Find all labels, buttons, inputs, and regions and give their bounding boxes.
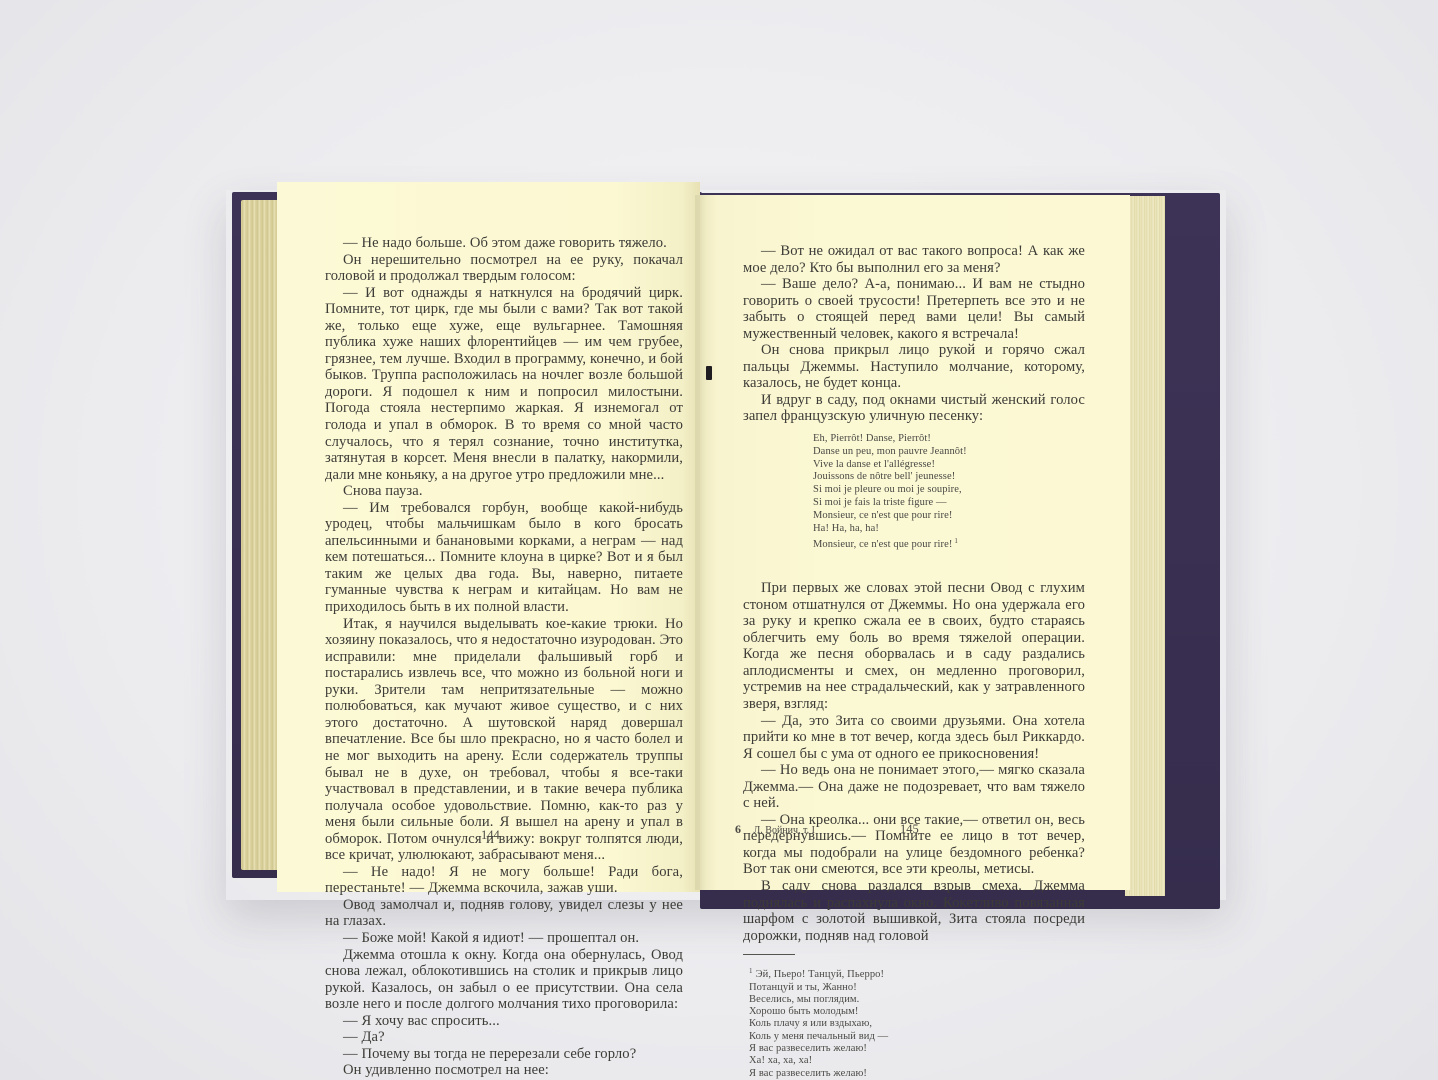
right-page-text: — Вот не ожидал от вас такого вопроса! А… xyxy=(743,243,1085,1080)
verse-line: Ha! Ha, ha, ha! xyxy=(813,523,1085,536)
paragraph: Снова пауза. xyxy=(325,483,683,500)
paragraph: — Боже мой! Какой я идиот! — прошептал о… xyxy=(325,930,683,947)
verse-line: Monsieur, ce n'est que pour rire! xyxy=(813,510,1085,523)
paragraph: — Не надо больше. Об этом даже говорить … xyxy=(325,235,683,252)
verse-line: Vive la danse et l'allégresse! xyxy=(813,459,1085,472)
verse-line: Веселись, мы поглядим. xyxy=(749,994,1085,1006)
footnote-translation: 1Эй, Пьеро! Танцуй, Пьерро!Потанцуй и ты… xyxy=(749,965,1085,1080)
paragraph: — Да, это Зита со своими друзьями. Она х… xyxy=(743,713,1085,763)
spine-shadow xyxy=(695,195,707,890)
verse-line: Danse un peu, mon pauvre Jeannôt! xyxy=(813,446,1085,459)
song-verse: Eh, Pierrôt! Danse, Pierrôt!Danse un peu… xyxy=(813,433,1085,552)
page-edges-right xyxy=(1125,196,1165,896)
verse-line: Хорошо быть молодым! xyxy=(749,1006,1085,1018)
verse-line: Jouissons de nôtre bell' jeunesse! xyxy=(813,471,1085,484)
printer-signature: 6 Л. Войнич, т. I xyxy=(735,822,815,837)
paragraph: — Я хочу вас спросить... xyxy=(325,1013,683,1030)
verse-line: Eh, Pierrôt! Danse, Pierrôt! xyxy=(813,433,1085,446)
left-page: — Не надо больше. Об этом даже говорить … xyxy=(277,182,700,892)
page-edges-left xyxy=(241,200,281,870)
paragraph: — Почему вы тогда не перерезали себе гор… xyxy=(325,1046,683,1063)
paragraph: — Но ведь она не понимает этого,— мягко … xyxy=(743,762,1085,812)
paragraph: — Да? xyxy=(325,1029,683,1046)
paragraph: — И вот однажды я наткнулся на бродячий … xyxy=(325,285,683,484)
verse-line: Потанцуй и ты, Жанно! xyxy=(749,982,1085,994)
verse-line: Ха! ха, ха, ха! xyxy=(749,1055,1085,1067)
left-page-text: — Не надо больше. Об этом даже говорить … xyxy=(325,235,683,1079)
footnote-marker: 1 xyxy=(952,537,957,545)
right-page: — Вот не ожидал от вас такого вопроса! А… xyxy=(700,195,1130,890)
footnote-rule xyxy=(743,954,795,955)
verse-line: Коль у меня печальный вид — xyxy=(749,1031,1085,1043)
text-before-song: — Вот не ожидал от вас такого вопроса! А… xyxy=(743,243,1085,425)
verse-line: 1Эй, Пьеро! Танцуй, Пьерро! xyxy=(749,965,1085,981)
text-after-song: При первых же словах этой песни Овод с г… xyxy=(743,580,1085,944)
verse-line: Si moi je pleure ou moi je soupire, xyxy=(813,484,1085,497)
verse-line: Коль плачу я или вздыхаю, xyxy=(749,1018,1085,1030)
paragraph: Овод замолчал и, подняв голову, увидел с… xyxy=(325,897,683,930)
paragraph: — Им требовался горбун, вообще какой-ниб… xyxy=(325,500,683,616)
page-number-left: 144 xyxy=(481,828,500,843)
paragraph: В саду снова раздался взрыв смеха. Джемм… xyxy=(743,878,1085,944)
paragraph: Он нерешительно посмотрел на ее руку, по… xyxy=(325,252,683,285)
signature-text: Л. Войнич, т. I xyxy=(754,825,815,836)
footnote-marker: 1 xyxy=(749,967,753,975)
verse-line: Monsieur, ce n'est que pour rire! 1 xyxy=(813,535,1085,552)
paragraph: — Не надо! Я не могу больше! Ради бога, … xyxy=(325,864,683,897)
paragraph: Он удивленно посмотрел на нее: xyxy=(325,1062,683,1079)
verse-line: Si moi je fais la triste figure — xyxy=(813,497,1085,510)
paragraph: Итак, я научился выделывать кое-какие тр… xyxy=(325,616,683,864)
verse-line: Я вас развеселить желаю! xyxy=(749,1043,1085,1055)
paragraph: — Вот не ожидал от вас такого вопроса! А… xyxy=(743,243,1085,276)
page-number-right: 145 xyxy=(900,822,919,837)
bookmark-mark xyxy=(706,366,712,380)
signature-mark: 6 xyxy=(735,822,741,836)
paragraph: При первых же словах этой песни Овод с г… xyxy=(743,580,1085,712)
paragraph: Джемма отошла к окну. Когда она обернула… xyxy=(325,947,683,1013)
paragraph: — Ваше дело? А-а, понимаю... И вам не ст… xyxy=(743,276,1085,342)
paragraph: Он снова прикрыл лицо рукой и горячо сжа… xyxy=(743,342,1085,392)
verse-line: Я вас развеселить желаю! xyxy=(749,1068,1085,1080)
paragraph: И вдруг в саду, под окнами чистый женски… xyxy=(743,392,1085,425)
